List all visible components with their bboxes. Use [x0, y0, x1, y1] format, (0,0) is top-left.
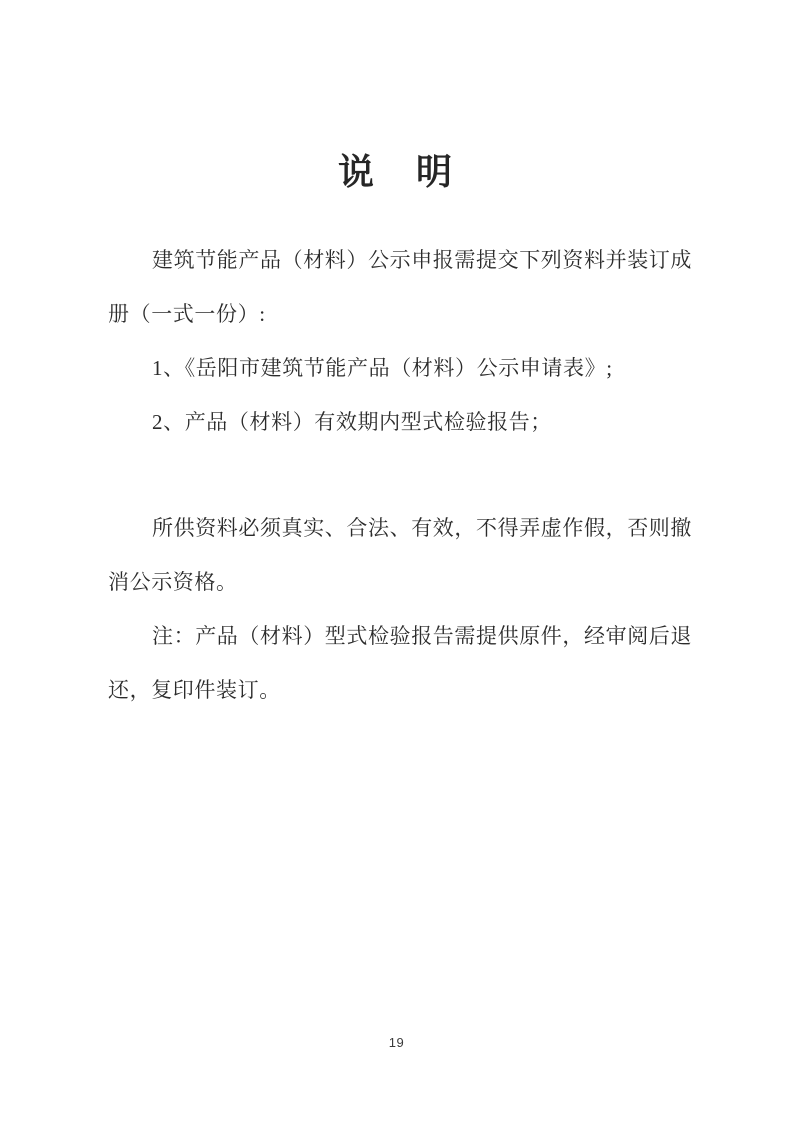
body-line: 还，复印件装订。	[108, 663, 693, 717]
body-line: 所供资料必须真实、合法、有效，不得弄虚作假，否则撤	[108, 501, 693, 555]
body-line-note: 注：产品（材料）型式检验报告需提供原件，经审阅后退	[108, 609, 693, 663]
body-line: 册（一式一份）:	[108, 287, 693, 341]
body-line: 建筑节能产品（材料）公示申报需提交下列资料并装订成	[108, 233, 693, 287]
document-page: 说 明 建筑节能产品（材料）公示申报需提交下列资料并装订成 册（一式一份）: 1…	[0, 0, 793, 1122]
body-line: 消公示资格。	[108, 555, 693, 609]
document-title: 说 明	[0, 0, 793, 195]
body-line-item-2: 2、产品（材料）有效期内型式检验报告；	[108, 395, 693, 449]
body-line-item-1: 1、《岳阳市建筑节能产品（材料）公示申请表》;	[108, 341, 693, 395]
document-body: 建筑节能产品（材料）公示申报需提交下列资料并装订成 册（一式一份）: 1、《岳阳…	[108, 233, 693, 717]
page-number: 19	[0, 1035, 793, 1050]
